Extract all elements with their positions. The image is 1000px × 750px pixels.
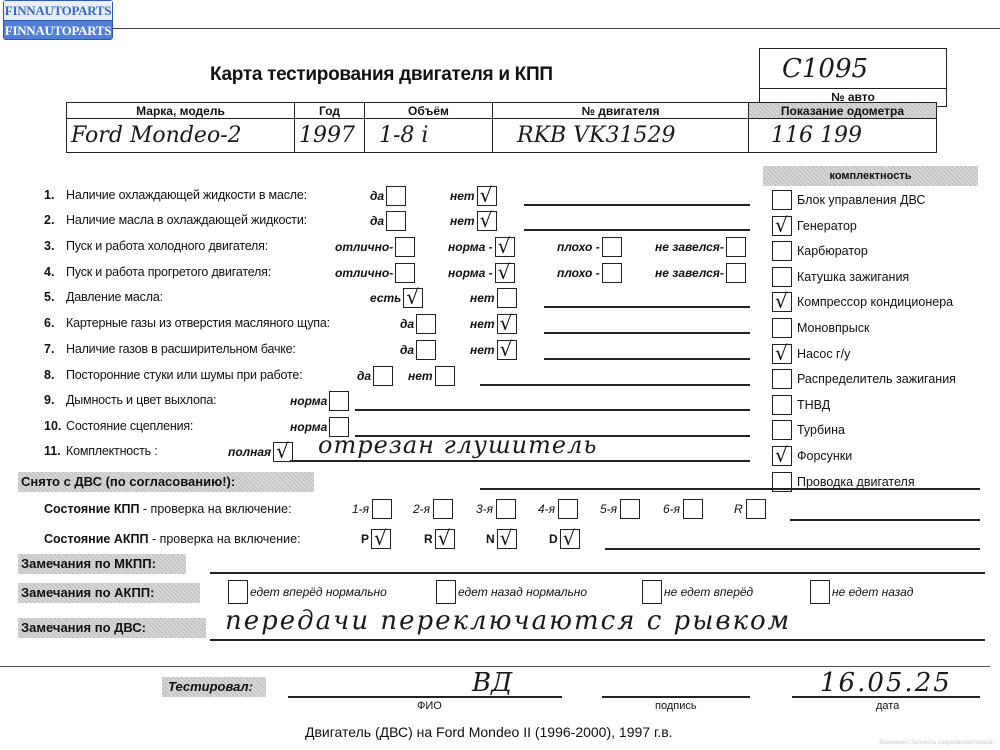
check-question: Состояние сцепления: bbox=[66, 419, 193, 433]
name-line bbox=[288, 696, 562, 698]
completeness-label: Турбина bbox=[797, 423, 845, 437]
check-8-option-2[interactable]: нет bbox=[408, 365, 455, 387]
akpp-remark-option-4[interactable]: не едет назад bbox=[810, 580, 913, 604]
completeness-label: Компрессор кондиционера bbox=[797, 295, 953, 309]
completeness-item[interactable]: Форсунки bbox=[772, 445, 852, 467]
akpp-remark-option-3[interactable]: не едет вперёд bbox=[642, 580, 753, 604]
check-8-option-1[interactable]: да bbox=[357, 365, 393, 387]
check-9-option-1[interactable]: норма bbox=[290, 390, 349, 412]
completeness-checkbox[interactable] bbox=[772, 395, 792, 415]
check-4-option-2[interactable]: норма - bbox=[448, 262, 515, 284]
check-2-option-1-checkbox[interactable] bbox=[386, 211, 406, 231]
check-row-11: 11.Комплектность :полнаяотрезан глушител… bbox=[0, 441, 760, 463]
check-3-option-3-checkbox[interactable] bbox=[602, 237, 622, 257]
check-5-option-1-checkbox[interactable] bbox=[403, 288, 423, 308]
completeness-label: Блок управления ДВС bbox=[797, 193, 925, 207]
odometer-value: 116 199 bbox=[749, 119, 937, 153]
check-9-option-1-label: норма bbox=[290, 394, 327, 408]
engine-number-value: RKB VK31529 bbox=[493, 119, 749, 153]
akpp-remark-checkbox[interactable] bbox=[228, 580, 248, 604]
check-4-option-3-checkbox[interactable] bbox=[602, 263, 622, 283]
kpp-gear-3-я-label: 3-я bbox=[476, 502, 493, 516]
check-6-option-1-label: да bbox=[400, 317, 414, 331]
check-row-2: 2.Наличие масла в охлаждающей жидкости:д… bbox=[0, 210, 760, 232]
check-number: 3. bbox=[44, 239, 54, 253]
check-7-option-2-label: нет bbox=[470, 343, 495, 357]
check-1-option-2-checkbox[interactable] bbox=[477, 186, 497, 206]
completeness-checkbox[interactable] bbox=[772, 241, 792, 261]
completeness-item[interactable]: Насос г/у bbox=[772, 343, 850, 365]
check-question: Пуск и работа холодного двигателя: bbox=[66, 239, 268, 253]
completeness-checkbox[interactable] bbox=[772, 318, 792, 338]
completeness-label: Генератор bbox=[797, 219, 857, 233]
check-question: Наличие газов в расширительном бачке: bbox=[66, 342, 296, 356]
completeness-label: Карбюратор bbox=[797, 244, 868, 258]
check-6-notes-line[interactable] bbox=[544, 332, 750, 334]
mkpp-remarks-line[interactable] bbox=[210, 572, 985, 574]
kpp-gear-5-я[interactable]: 5-я bbox=[600, 498, 640, 520]
check-number: 5. bbox=[44, 290, 54, 304]
check-11-notes-line[interactable] bbox=[290, 460, 750, 462]
check-number: 11. bbox=[44, 444, 61, 458]
check-7-option-2[interactable]: нет bbox=[470, 339, 517, 361]
kpp-gear-5-я-checkbox[interactable] bbox=[620, 499, 640, 519]
completeness-header: комплектность bbox=[763, 166, 978, 186]
check-3-option-1-label: отлично- bbox=[335, 240, 393, 254]
top-divider bbox=[112, 28, 1000, 29]
akpp-label: Состояние АКПП - проверка на включение: bbox=[44, 528, 301, 550]
check-3-option-2[interactable]: норма - bbox=[448, 236, 515, 258]
check-number: 9. bbox=[44, 393, 54, 407]
completeness-label: Катушка зажигания bbox=[797, 270, 909, 284]
check-8-option-2-label: нет bbox=[408, 369, 433, 383]
check-3-option-1[interactable]: отлично- bbox=[335, 236, 415, 258]
check-question: Наличие охлаждающей жидкости в масле: bbox=[66, 188, 307, 202]
kpp-gear-5-я-label: 5-я bbox=[600, 502, 617, 516]
kpp-gear-R[interactable]: R bbox=[734, 498, 766, 520]
akpp-gear-N-checkbox[interactable] bbox=[497, 529, 517, 549]
vehicle-info-table: Марка, модель Год Объём № двигателя Пока… bbox=[66, 102, 937, 153]
logo-line-1: FINNAUTOPARTS bbox=[4, 1, 112, 21]
check-4-option-4[interactable]: не завелся- bbox=[655, 262, 746, 284]
check-question: Наличие масла в охлаждающей жидкости: bbox=[66, 213, 307, 227]
check-question: Комплектность : bbox=[66, 444, 157, 458]
check-5-notes-line[interactable] bbox=[544, 306, 750, 308]
check-number: 2. bbox=[44, 213, 54, 227]
check-number: 1. bbox=[44, 188, 54, 202]
check-1-option-2-label: нет bbox=[450, 189, 475, 203]
check-row-3: 3.Пуск и работа холодного двигателя:отли… bbox=[0, 236, 760, 258]
check-4-option-2-checkbox[interactable] bbox=[495, 263, 515, 283]
completeness-checkbox[interactable] bbox=[772, 292, 792, 312]
check-row-8: 8.Посторонние стуки или шумы при работе:… bbox=[0, 365, 760, 387]
check-9-notes-line[interactable] bbox=[355, 409, 750, 411]
dvs-remarks-label: Замечания по ДВС: bbox=[18, 618, 206, 638]
check-row-6: 6.Картерные газы из отверстия масляного … bbox=[0, 313, 760, 335]
akpp-remark-option-1[interactable]: едет вперёд нормально bbox=[228, 580, 387, 604]
col-engine-number: № двигателя bbox=[493, 103, 749, 119]
date-value: 16.05.25 bbox=[820, 668, 952, 698]
year-value: 1997 bbox=[295, 119, 365, 153]
name-caption: ФИО bbox=[417, 700, 442, 712]
akpp-gear-D-checkbox[interactable] bbox=[560, 529, 580, 549]
check-number: 6. bbox=[44, 316, 54, 330]
check-3-option-4-label: не завелся- bbox=[655, 240, 724, 254]
check-2-option-1[interactable]: да bbox=[370, 210, 406, 232]
check-4-option-2-label: норма - bbox=[448, 266, 493, 280]
completeness-item[interactable]: Карбюратор bbox=[772, 240, 868, 262]
auto-number-box: C1095 № авто bbox=[759, 48, 947, 107]
completeness-item[interactable]: Турбина bbox=[772, 419, 845, 441]
check-7-notes-line[interactable] bbox=[544, 358, 750, 360]
kpp-gear-6-я-label: 6-я bbox=[663, 502, 680, 516]
check-row-1: 1.Наличие охлаждающей жидкости в масле:д… bbox=[0, 185, 760, 207]
check-6-option-1-checkbox[interactable] bbox=[416, 314, 436, 334]
check-2-option-2-label: нет bbox=[450, 214, 475, 228]
kpp-gear-1-я[interactable]: 1-я bbox=[352, 498, 392, 520]
check-7-option-1[interactable]: да bbox=[400, 339, 436, 361]
completeness-item[interactable]: Распределитель зажигания bbox=[772, 368, 956, 390]
check-6-option-2[interactable]: нет bbox=[470, 313, 517, 335]
check-number: 4. bbox=[44, 265, 54, 279]
check-question: Дымность и цвет выхлопа: bbox=[66, 393, 216, 407]
akpp-gear-D-label: D bbox=[549, 532, 558, 546]
check-5-option-2-checkbox[interactable] bbox=[497, 288, 517, 308]
tester-name-value: ВД bbox=[472, 668, 512, 698]
check-2-notes-line[interactable] bbox=[524, 229, 750, 231]
check-5-option-1-label: есть bbox=[370, 291, 401, 305]
akpp-remark-label: едет назад нормально bbox=[458, 585, 587, 599]
check-8-option-1-checkbox[interactable] bbox=[373, 366, 393, 386]
tested-by-label: Тестировал: bbox=[162, 677, 266, 697]
check-6-option-1[interactable]: да bbox=[400, 313, 436, 335]
completeness-checkbox[interactable] bbox=[772, 267, 792, 287]
check-3-option-3-label: плохо - bbox=[557, 240, 600, 254]
kpp-gear-1-я-label: 1-я bbox=[352, 502, 369, 516]
akpp-remarks-label: Замечания по АКПП: bbox=[18, 583, 200, 603]
akpp-gear-P-label: P bbox=[361, 532, 369, 546]
check-5-option-1[interactable]: есть bbox=[370, 287, 423, 309]
kpp-gear-4-я-label: 4-я bbox=[538, 502, 555, 516]
check-8-notes-line[interactable] bbox=[480, 384, 750, 386]
akpp-gear-D[interactable]: D bbox=[549, 528, 580, 550]
tested-divider bbox=[0, 666, 990, 667]
kpp-gear-R-checkbox[interactable] bbox=[746, 499, 766, 519]
check-3-option-2-label: норма - bbox=[448, 240, 493, 254]
auto-number-value: C1095 bbox=[760, 49, 946, 89]
kpp-gear-4-я-checkbox[interactable] bbox=[558, 499, 578, 519]
col-make-model: Марка, модель bbox=[67, 103, 295, 119]
logo-line-2: FINNAUTOPARTS bbox=[4, 21, 112, 41]
check-3-option-2-checkbox[interactable] bbox=[495, 237, 515, 257]
check-11-option-1-label: полная bbox=[228, 445, 271, 459]
kpp-gear-4-я[interactable]: 4-я bbox=[538, 498, 578, 520]
check-question: Картерные газы из отверстия масляного щу… bbox=[66, 316, 330, 330]
check-3-option-1-checkbox[interactable] bbox=[395, 237, 415, 257]
akpp-gear-R-label: R bbox=[424, 532, 433, 546]
check-4-option-4-checkbox[interactable] bbox=[726, 263, 746, 283]
col-volume: Объём bbox=[365, 103, 493, 119]
check-1-notes-line[interactable] bbox=[524, 204, 750, 206]
check-3-option-4-checkbox[interactable] bbox=[726, 237, 746, 257]
check-1-option-1-checkbox[interactable] bbox=[386, 186, 406, 206]
completeness-label: ТНВД bbox=[797, 398, 830, 412]
completeness-label: Насос г/у bbox=[797, 347, 850, 361]
check-7-option-1-label: да bbox=[400, 343, 414, 357]
check-2-option-1-label: да bbox=[370, 214, 384, 228]
removed-section-label: Снято с ДВС (по согласованию!): bbox=[18, 472, 314, 492]
kpp-gear-3-я-checkbox[interactable] bbox=[496, 499, 516, 519]
check-8-option-2-checkbox[interactable] bbox=[435, 366, 455, 386]
check-7-option-2-checkbox[interactable] bbox=[497, 340, 517, 360]
completeness-label: Моновпрыск bbox=[797, 321, 869, 335]
akpp-gear-R-checkbox[interactable] bbox=[435, 529, 455, 549]
check-3-option-3[interactable]: плохо - bbox=[557, 236, 622, 258]
col-odometer: Показание одометра bbox=[749, 103, 937, 119]
check-4-option-3[interactable]: плохо - bbox=[557, 262, 622, 284]
completeness-item[interactable]: Блок управления ДВС bbox=[772, 189, 925, 211]
form-title: Карта тестирования двигателя и КПП bbox=[210, 64, 553, 86]
check-5-option-2-label: нет bbox=[470, 291, 495, 305]
completeness-item[interactable]: Генератор bbox=[772, 215, 857, 237]
signature-line[interactable] bbox=[602, 696, 750, 698]
akpp-remark-checkbox[interactable] bbox=[810, 580, 830, 604]
check-11-option-1-checkbox[interactable] bbox=[273, 442, 293, 462]
akpp-remark-checkbox[interactable] bbox=[436, 580, 456, 604]
kpp-gear-2-я[interactable]: 2-я bbox=[413, 498, 453, 520]
dvs-remarks-line bbox=[210, 639, 985, 641]
kpp-line bbox=[790, 519, 980, 521]
mkpp-remarks-label: Замечания по МКПП: bbox=[18, 554, 186, 574]
check-4-option-3-label: плохо - bbox=[557, 266, 600, 280]
page-caption: Двигатель (ДВС) на Ford Mondeo II (1996-… bbox=[305, 724, 673, 740]
col-year: Год bbox=[295, 103, 365, 119]
kpp-gear-2-я-checkbox[interactable] bbox=[433, 499, 453, 519]
completeness-checkbox[interactable] bbox=[772, 420, 792, 440]
kpp-label: Состояние КПП - проверка на включение: bbox=[44, 498, 292, 520]
completeness-item[interactable]: Моновпрыск bbox=[772, 317, 869, 339]
akpp-gear-P-checkbox[interactable] bbox=[371, 529, 391, 549]
akpp-remark-checkbox[interactable] bbox=[642, 580, 662, 604]
check-3-option-4[interactable]: не завелся- bbox=[655, 236, 746, 258]
check-question: Давление масла: bbox=[66, 290, 163, 304]
akpp-remark-option-2[interactable]: едет назад нормально bbox=[436, 580, 587, 604]
check-number: 10. bbox=[44, 419, 61, 433]
date-caption: дата bbox=[876, 700, 899, 712]
check-4-option-1-checkbox[interactable] bbox=[395, 263, 415, 283]
check-number: 7. bbox=[44, 342, 54, 356]
kpp-gear-6-я-checkbox[interactable] bbox=[683, 499, 703, 519]
completeness-label: Проводка двигателя bbox=[797, 475, 915, 489]
kpp-gear-3-я[interactable]: 3-я bbox=[476, 498, 516, 520]
kpp-gear-1-я-checkbox[interactable] bbox=[372, 499, 392, 519]
volume-value: 1-8 i bbox=[365, 119, 493, 153]
check-7-option-1-checkbox[interactable] bbox=[416, 340, 436, 360]
kpp-gear-R-label: R bbox=[734, 502, 743, 516]
completeness-note: отрезан глушитель bbox=[318, 431, 597, 459]
check-2-option-2-checkbox[interactable] bbox=[477, 211, 497, 231]
check-1-option-1[interactable]: да bbox=[370, 185, 406, 207]
check-number: 8. bbox=[44, 368, 54, 382]
completeness-item[interactable]: Компрессор кондиционера bbox=[772, 291, 953, 313]
check-4-option-4-label: не завелся- bbox=[655, 266, 724, 280]
check-1-option-2[interactable]: нет bbox=[450, 185, 497, 207]
check-2-option-2[interactable]: нет bbox=[450, 210, 497, 232]
kpp-gear-6-я[interactable]: 6-я bbox=[663, 498, 703, 520]
completeness-checkbox[interactable] bbox=[772, 216, 792, 236]
akpp-gear-N[interactable]: N bbox=[486, 528, 517, 550]
kpp-gear-2-я-label: 2-я bbox=[413, 502, 430, 516]
check-11-option-1[interactable]: полная bbox=[228, 441, 293, 463]
dvs-remarks-value: передачи переключаются с рывком bbox=[225, 606, 791, 636]
completeness-item[interactable]: ТНВД bbox=[772, 394, 830, 416]
completeness-checkbox[interactable] bbox=[772, 446, 792, 466]
check-8-option-1-label: да bbox=[357, 369, 371, 383]
date-line bbox=[792, 696, 980, 698]
check-5-option-2[interactable]: нет bbox=[470, 287, 517, 309]
check-9-option-1-checkbox[interactable] bbox=[329, 391, 349, 411]
check-row-5: 5.Давление масла:естьнет bbox=[0, 287, 760, 309]
check-question: Посторонние стуки или шумы при работе: bbox=[66, 368, 302, 382]
check-1-option-1-label: да bbox=[370, 189, 384, 203]
akpp-remark-label: едет вперёд нормально bbox=[250, 585, 387, 599]
completeness-checkbox[interactable] bbox=[772, 369, 792, 389]
completeness-item[interactable]: Катушка зажигания bbox=[772, 266, 909, 288]
completeness-label: Форсунки bbox=[797, 449, 852, 463]
completeness-label: Распределитель зажигания bbox=[797, 372, 956, 386]
check-4-option-1[interactable]: отлично- bbox=[335, 262, 415, 284]
signature-caption: подпись bbox=[655, 700, 697, 712]
akpp-remark-label: не едет вперёд bbox=[664, 585, 753, 599]
finnautoparts-logo: FINNAUTOPARTS FINNAUTOPARTS bbox=[3, 0, 113, 40]
akpp-gear-P[interactable]: P bbox=[361, 528, 391, 550]
completeness-checkbox[interactable] bbox=[772, 190, 792, 210]
check-row-4: 4.Пуск и работа прогретого двигателя:отл… bbox=[0, 262, 760, 284]
check-row-7: 7.Наличие газов в расширительном бачке:д… bbox=[0, 339, 760, 361]
completeness-checkbox[interactable] bbox=[772, 344, 792, 364]
check-question: Пуск и работа прогретого двигателя: bbox=[66, 265, 271, 279]
akpp-remark-label: не едет назад bbox=[832, 585, 913, 599]
removed-line bbox=[480, 488, 980, 490]
check-row-9: 9.Дымность и цвет выхлопа:норма bbox=[0, 390, 760, 412]
check-6-option-2-checkbox[interactable] bbox=[497, 314, 517, 334]
check-4-option-1-label: отлично- bbox=[335, 266, 393, 280]
akpp-line bbox=[605, 548, 980, 550]
watermark-note: Внимание! Запчасть разукомплектована! bbox=[879, 740, 994, 746]
akpp-gear-R[interactable]: R bbox=[424, 528, 455, 550]
check-6-option-2-label: нет bbox=[470, 317, 495, 331]
make-model-value: Ford Mondeo-2 bbox=[67, 119, 295, 153]
akpp-gear-N-label: N bbox=[486, 532, 495, 546]
